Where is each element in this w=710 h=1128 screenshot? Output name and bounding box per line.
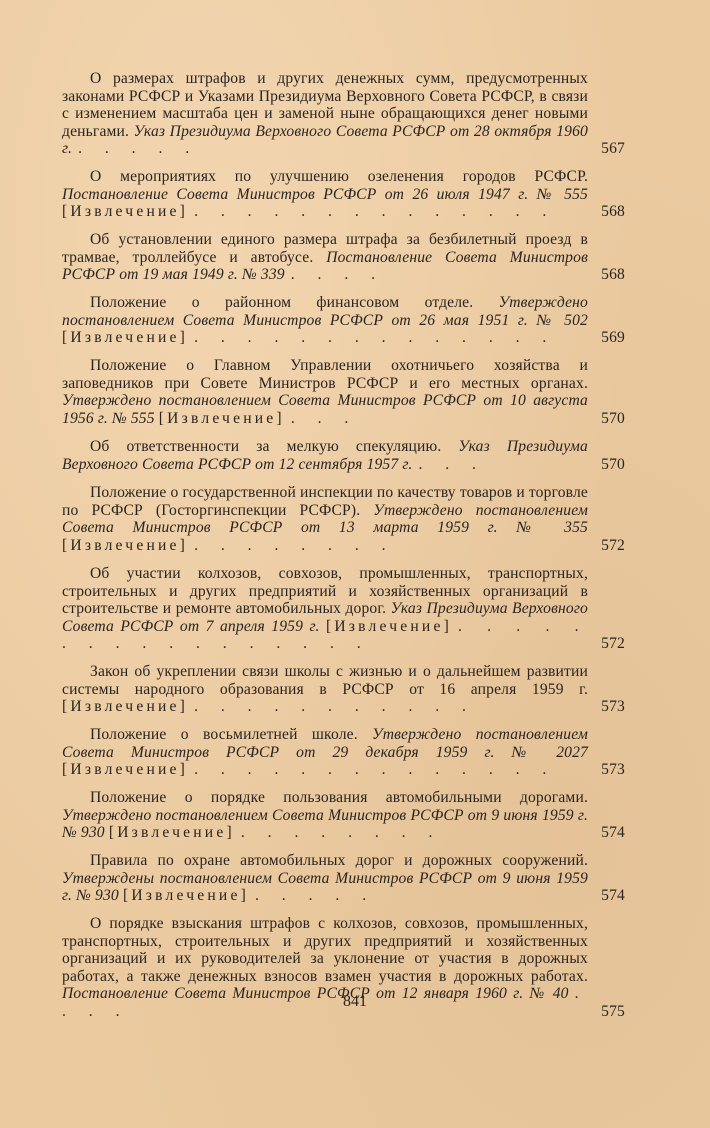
toc-entry: Об участии колхозов, совхозов, промышлен…: [62, 565, 625, 653]
table-of-contents: О размерах штрафов и других денежных сум…: [62, 70, 625, 1031]
dot-leader: . . . . . . . . . . . . . .: [188, 329, 556, 346]
toc-entry: О размерах штрафов и других денежных сум…: [62, 70, 625, 158]
entry-page-number: 573: [601, 698, 625, 716]
dot-leader: . . .: [285, 410, 358, 427]
entry-title: Закон об укреплении связи школы с жизнью…: [62, 663, 588, 698]
entry-note: [Извлечение]: [62, 203, 188, 220]
entry-note: [Извлечение]: [62, 329, 188, 346]
entry-note: [Извлечение]: [62, 761, 188, 778]
entry-page-number: 568: [601, 266, 625, 284]
dot-leader: . . . . . . . .: [235, 824, 442, 841]
entry-page-number: 574: [601, 887, 625, 905]
dot-leader: . . . . . . . . . . . . . .: [188, 203, 556, 220]
toc-entry: Положение о порядке пользования автомоби…: [62, 789, 625, 842]
entry-note: [Извлечение]: [326, 618, 452, 635]
toc-entry: Закон об укреплении связи школы с жизнью…: [62, 663, 625, 716]
entry-title: Положение о Главном Управлении охотничье…: [62, 357, 588, 392]
toc-entry: О мероприятиях по улучшению озеленения г…: [62, 168, 625, 221]
toc-entry: Положение о районном финансовом отделе. …: [62, 294, 625, 347]
entry-page-number: 567: [601, 140, 625, 158]
entry-page-number: 572: [601, 537, 625, 555]
dot-leader: . . . . . . . . . . . . . .: [188, 761, 556, 778]
entry-page-number: 573: [601, 761, 625, 779]
dot-leader: . . .: [412, 456, 485, 473]
entry-page-number: 574: [601, 824, 625, 842]
toc-entry: Положение о государственной инспекции по…: [62, 484, 625, 555]
entry-note: [Извлечение]: [123, 887, 249, 904]
entry-page-number: 572: [601, 635, 625, 653]
entry-page-number: 570: [601, 456, 625, 474]
toc-entry: Об ответственности за мелкую спекуляцию.…: [62, 438, 625, 474]
toc-entry: Положение о восьмилетней школе. Утвержде…: [62, 726, 625, 779]
dot-leader: . . . . . . . .: [188, 537, 395, 554]
dot-leader: . . . . .: [72, 140, 199, 157]
entry-title: Об ответственности за мелкую спекуляцию.: [90, 438, 441, 455]
entry-title: Положение о районном финансовом отделе.: [90, 294, 473, 311]
entry-note: [Извлечение]: [109, 824, 235, 841]
entry-source: Постановление Совета Министров РСФСР от …: [62, 186, 588, 203]
dot-leader: . . . . . . . . . . .: [188, 698, 475, 715]
entry-title: Положение о порядке пользования автомоби…: [90, 789, 588, 806]
entry-note: [Извлечение]: [159, 410, 285, 427]
toc-entry: Правила по охране автомобильных дорог и …: [62, 852, 625, 905]
entry-page-number: 568: [601, 203, 625, 221]
entry-page-number: 570: [601, 410, 625, 428]
entry-note: [Извлечение]: [62, 537, 188, 554]
entry-note: [Извлечение]: [62, 698, 188, 715]
entry-title: О мероприятиях по улучшению озеленения г…: [90, 168, 588, 185]
entry-page-number: 569: [601, 329, 625, 347]
toc-entry: Положение о Главном Управлении охотничье…: [62, 357, 625, 428]
entry-title: Положение о восьмилетней школе.: [90, 726, 358, 743]
entry-title: О порядке взыскания штрафов с колхозов, …: [62, 915, 588, 985]
dot-leader: . . . .: [285, 266, 385, 283]
toc-entry: Об установлении единого размера штрафа з…: [62, 231, 625, 284]
page-number: 841: [0, 993, 710, 1011]
entry-title: Правила по охране автомобильных дорог и …: [90, 852, 588, 869]
dot-leader: . . . . .: [249, 887, 376, 904]
